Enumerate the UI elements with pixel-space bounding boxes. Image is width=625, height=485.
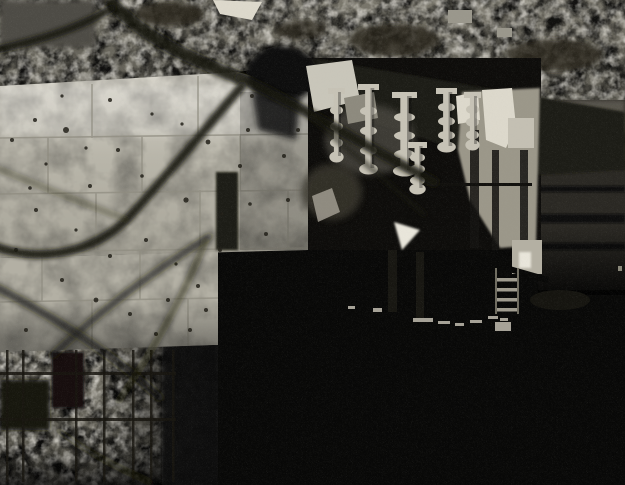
photo-canvas	[0, 0, 625, 485]
photograph	[0, 0, 625, 485]
film-grain-overlay	[0, 0, 625, 485]
